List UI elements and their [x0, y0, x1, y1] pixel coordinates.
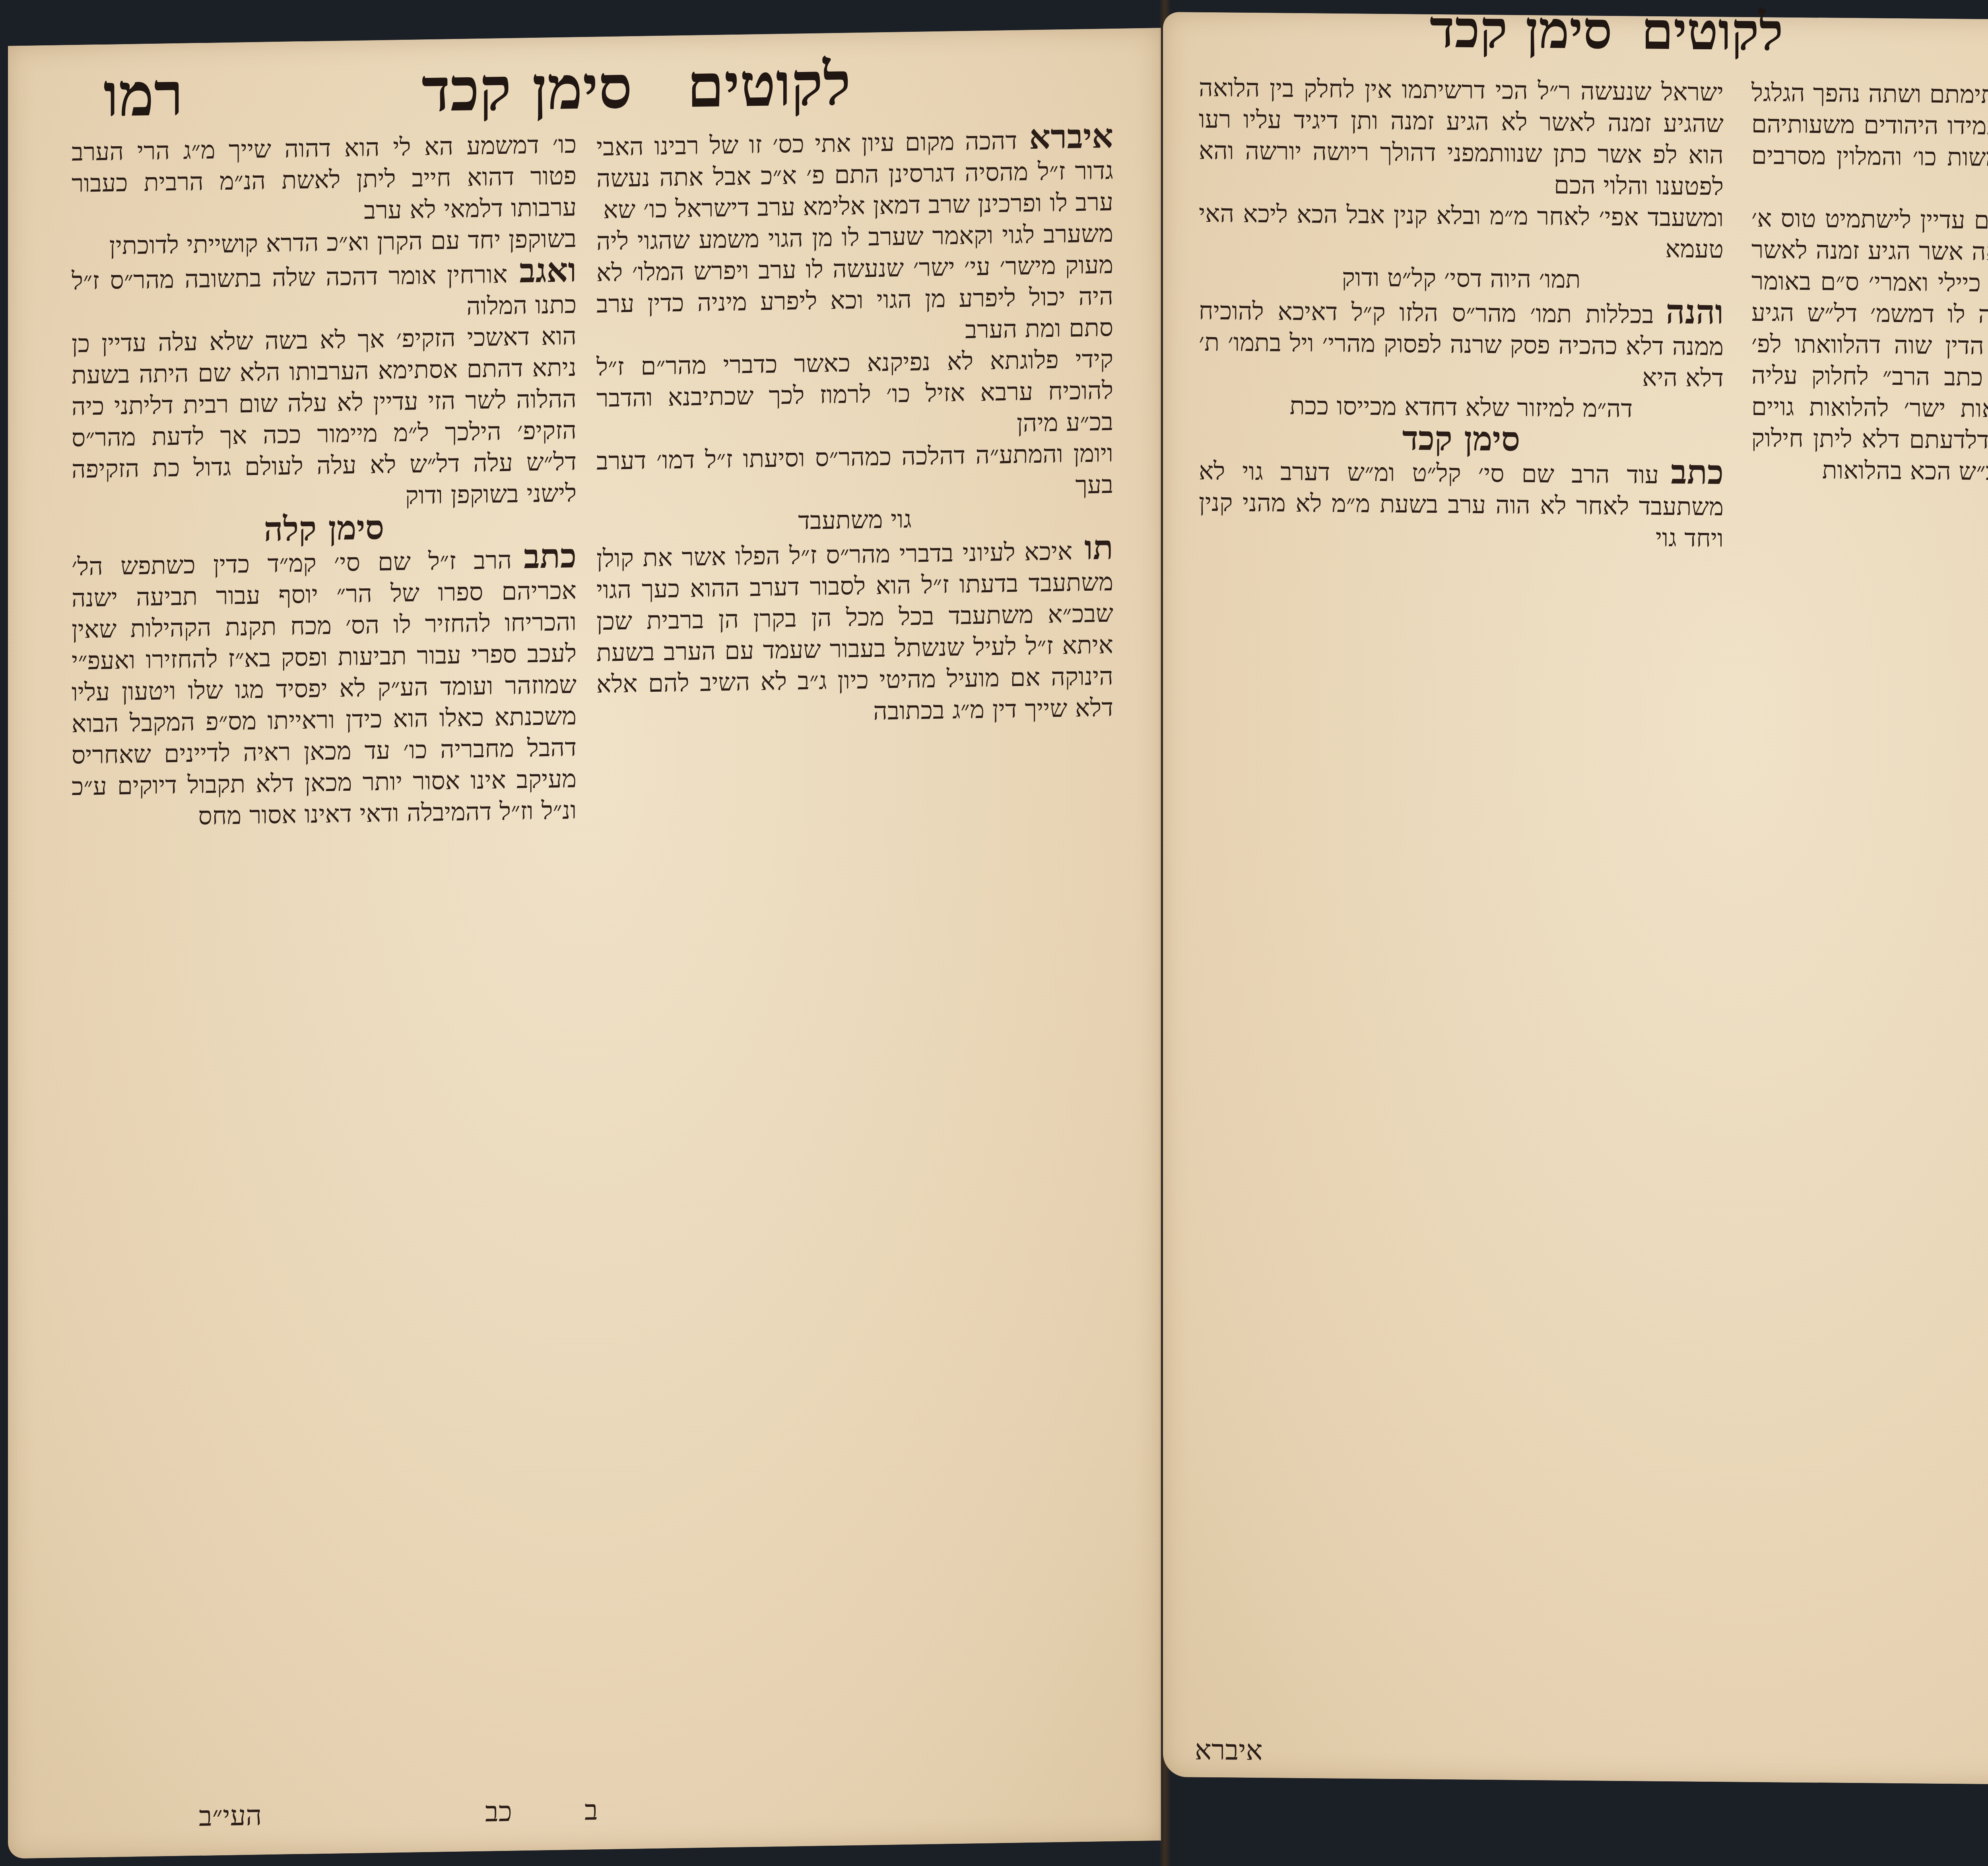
paragraph: הוא דאשכי הזקיפ׳ אך לא בשה שלא עלה עדיין…: [72, 320, 577, 516]
right-page-right-column: שקבלו עליהם הקהל בכתב התימתם ושתה נהפך ה…: [1751, 77, 1988, 1711]
running-header: לקוטים סימן קכד רמו: [8, 28, 1161, 126]
paragraph: ויומן והמתע״ה דהלכה כמהר״ס וסיעתו ז״ל דמ…: [596, 437, 1113, 508]
subheading: תמו׳ היוה דסי׳ קל״ט ודוק: [1199, 260, 1724, 297]
paragraph: ומשעבד אפי׳ לאחר מ״מ ובלא קנין אבל הכא ל…: [1199, 198, 1724, 265]
left-page-right-column: איבראדהכה מקום עיון אתי כס׳ זו של רבינו …: [596, 120, 1113, 1758]
right-page: לקוטים סימן קכד שקבלו עליהם הקהל בכתב הת…: [1163, 12, 1988, 1787]
paragraph: איכא לעיוני בדברי מהר״ס ז״ל הפלו אשר את …: [596, 536, 1113, 725]
header-section: סימן קכד: [1430, 0, 1612, 61]
page-footer: העי״ב כב ב: [8, 1785, 1161, 1803]
section-heading: סימן קכד: [1199, 421, 1724, 457]
right-page-left-column: ישראל שנעשה ר״ל הכי דרשיתמו אין לחלק בין…: [1199, 72, 1724, 1707]
lead-word: תו: [1084, 528, 1113, 567]
lead-word: כתב: [524, 536, 577, 576]
paragraph: ישראל שנעשה ר״ל הכי דרשיתמו אין לחלק בין…: [1199, 72, 1724, 202]
paragraph: בכללות תמו׳ מהר״ס הלזו ק״ל דאיכא להוכיח …: [1199, 296, 1724, 393]
left-page: לקוטים סימן קכד רמו איבראדהכה מקום עיון …: [8, 28, 1161, 1859]
lead-word: איברא: [1029, 120, 1113, 157]
lead-word: והנה: [1666, 292, 1724, 332]
paragraph: קידי פלוגתא לא נפיקנא כאשר כדברי מהר״ם ז…: [596, 343, 1113, 445]
header-title: לקוטים: [1641, 0, 1783, 62]
paragraph: ככר בין אותם שלא הגיעו זמנם עדיין לישתמי…: [1751, 202, 1988, 489]
page-footer: איברא: [1163, 1733, 1988, 1743]
paragraph: כו׳ דמשמע הא לי הוא דהוה שייך מ״ג הרי הע…: [72, 128, 577, 231]
page-number: רמו: [103, 59, 183, 130]
left-page-left-column: כו׳ דמשמע הא לי הוא דהוה שייך מ״ג הרי הע…: [72, 128, 577, 1766]
paragraph: שקבלו עליהם הקהל בכתב התימתם ושתה נהפך ה…: [1751, 77, 1988, 207]
paragraph: הרב ז״ל שם סי׳ קמ״ד כדין כשתפש הל׳ אכריה…: [72, 545, 577, 830]
header-title: לקוטים: [687, 48, 851, 121]
sheet-mark: כב: [485, 1795, 512, 1829]
paragraph: עוד הרב שם סי׳ קל״ט ומ״ש דערב גוי לא משת…: [1199, 456, 1724, 553]
lead-word: ואגב: [519, 250, 577, 290]
lead-word: כתב: [1671, 452, 1724, 492]
paragraph: אורחין אומר דהכה שלה בתשובה מהר״ס ז״ל כת…: [72, 260, 577, 321]
paragraph: משערב לגוי וקאמר שערב לו מן הגוי משמע שה…: [596, 217, 1113, 351]
catchword: ב: [584, 1794, 598, 1827]
signature-mark: העי״ב: [199, 1799, 262, 1833]
header-section: סימן קכד: [421, 52, 632, 125]
catchword: איברא: [1195, 1734, 1263, 1767]
